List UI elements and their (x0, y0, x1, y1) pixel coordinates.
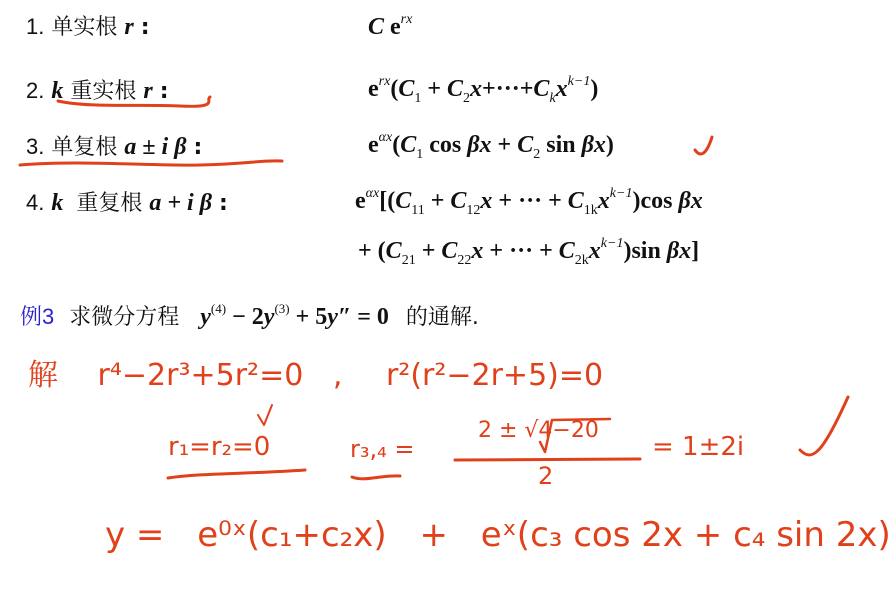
coef: C (398, 76, 414, 102)
rule-colon: : (194, 135, 203, 160)
rule-colon: : (219, 191, 228, 216)
coef: C (450, 188, 466, 214)
rule-4-label: 4. k 重复根 a + i β : (26, 186, 228, 217)
subscript: 2k (575, 253, 589, 268)
underline-roots-34 (352, 476, 400, 479)
arg: βx (467, 132, 491, 158)
coef-C: C (368, 14, 384, 40)
rule-4: 4. k 重复根 a + i β : eαx[(C11 + C12x + ···… (0, 180, 891, 280)
rule-name: 单复根 (51, 135, 117, 160)
coef: C (447, 76, 463, 102)
bracket: [( (379, 188, 395, 214)
solution-line-2: r₁=r₂=0 (168, 432, 270, 462)
var-y: y (200, 304, 211, 330)
var-x: x (556, 76, 568, 102)
arg: βx (667, 238, 691, 264)
subscript: 22 (457, 253, 471, 268)
solution-line-1: 解 r⁴−2r³+5r²=0 , r²(r²−2r+5)=0 (28, 350, 603, 394)
exponent: rx (401, 12, 413, 27)
coef: C (559, 238, 575, 264)
roots-34-label: r₃,₄ = (350, 435, 414, 463)
rule-index: 3. (26, 134, 44, 159)
rule-root: r (143, 78, 152, 104)
coef: C (395, 188, 411, 214)
fraction-bar (455, 459, 640, 460)
rule-2-formula: erx(C1 + C2x+···+Ckxk−1) (368, 74, 598, 107)
ellipsis: + ··· + (492, 188, 567, 214)
subscript: 1k (584, 203, 598, 218)
comma: , (333, 358, 343, 393)
rule-root: a ± i β (124, 134, 186, 160)
operator: + (427, 76, 441, 102)
characteristic-equation: r⁴−2r³+5r²=0 (98, 358, 304, 393)
operator: + ( (358, 238, 386, 264)
rule-colon: : (141, 15, 150, 40)
roots-12: r₁=r₂=0 (168, 432, 270, 462)
rule-index: 1. (26, 14, 44, 39)
rule-3-formula: eαx(C1 cos βx + C2 sin βx) (368, 130, 614, 163)
example-prompt: 求微分方程 (69, 305, 179, 330)
rule-root: r (124, 14, 133, 40)
operator: + (492, 132, 518, 158)
rule-name: 重复根 (76, 191, 142, 216)
fraction-denominator: 2 (538, 462, 553, 490)
var-y: y″ (327, 304, 351, 330)
small-tick (258, 405, 272, 425)
rule-name: 重实根 (70, 79, 136, 104)
rule-1: 1. 单实根 r : C erx (0, 4, 891, 44)
rule-3: 3. 单复根 a ± i β : eαx(C1 cos βx + C2 sin … (0, 124, 891, 164)
rule-root: a + i β (149, 190, 212, 216)
var-x: x (471, 238, 483, 264)
fn-cos: cos (640, 188, 678, 214)
bracket: ] (691, 238, 699, 264)
underline-roots-12 (168, 470, 305, 478)
var-y: y (264, 304, 275, 330)
subscript: 21 (402, 253, 416, 268)
rule-4-formula-line2: + (C21 + C22x + ··· + C2kxk−1)sin βx] (358, 236, 699, 269)
operator: + (425, 188, 451, 214)
subscript: 11 (411, 203, 424, 218)
exp-base: e (390, 14, 401, 40)
derivative-order: (4) (211, 301, 226, 316)
check-mark-solution (800, 397, 848, 455)
fn-cos: cos (423, 132, 467, 158)
exp-base: e (368, 132, 379, 158)
ellipsis: +···+ (482, 76, 533, 102)
subscript: 1 (414, 91, 421, 106)
coef: C (441, 238, 457, 264)
coef: C (533, 76, 549, 102)
subscript: 12 (466, 203, 480, 218)
ellipsis: + ··· + (483, 238, 558, 264)
factored-equation: r²(r²−2r+5)=0 (386, 358, 603, 393)
exponent: αx (379, 130, 393, 145)
operator: + (416, 238, 442, 264)
arg: βx (582, 132, 606, 158)
solution-line-3: y = e⁰ˣ(c₁+c₂x) + eˣ(c₃ cos 2x + c₄ sin … (105, 515, 891, 555)
exponent: k−1 (601, 236, 624, 251)
rule-index: 2. (26, 78, 44, 103)
rule-1-formula: C erx (368, 12, 412, 41)
arg: βx (678, 188, 702, 214)
operator: = 0 (351, 304, 389, 330)
derivative-order: (3) (274, 301, 289, 316)
coef: C (400, 132, 416, 158)
rule-1-label: 1. 单实根 r : (26, 10, 150, 41)
paren: ) (606, 132, 614, 158)
paren: ) (590, 76, 598, 102)
rule-colon: : (160, 79, 169, 104)
general-solution-lhs: y = (105, 515, 164, 555)
rule-name: 单实根 (51, 15, 117, 40)
complex-roots-result: = 1±2i (652, 432, 744, 462)
rule-index: 4. (26, 190, 44, 215)
operator: + 5 (290, 304, 328, 330)
rule-2-label: 2. k 重实根 r : (26, 74, 169, 105)
rule-multiplicity: k (51, 190, 63, 216)
solution-label: 解 (28, 358, 58, 393)
subscript: 2 (463, 91, 470, 106)
plus-sign: + (419, 515, 448, 555)
rule-2: 2. k 重实根 r : erx(C1 + C2x+···+Ckxk−1) (0, 68, 891, 108)
var-x: x (470, 76, 482, 102)
general-solution-term-2: eˣ(c₃ cos 2x + c₄ sin 2x) (481, 515, 891, 555)
var-x: x (480, 188, 492, 214)
exp-base: e (368, 76, 379, 102)
example-equation: y(4) − 2y(3) + 5y″ = 0 (200, 304, 389, 330)
coef: C (386, 238, 402, 264)
fraction-numerator: 2 ± √4−20 (478, 418, 599, 443)
example-3: 例3 求微分方程 y(4) − 2y(3) + 5y″ = 0 的通解. (20, 300, 479, 331)
example-label: 例3 (20, 304, 54, 329)
rule-4-formula-line1: eαx[(C11 + C12x + ··· + C1kxk−1)cos βx (355, 186, 703, 219)
coef: C (517, 132, 533, 158)
exp-base: e (355, 188, 366, 214)
var-x: x (598, 188, 610, 214)
coef: C (568, 188, 584, 214)
rule-3-label: 3. 单复根 a ± i β : (26, 130, 202, 161)
exponent: k−1 (610, 186, 633, 201)
operator: − 2 (226, 304, 264, 330)
fn-sin: sin (631, 238, 666, 264)
general-solution-term-1: e⁰ˣ(c₁+c₂x) (197, 515, 386, 555)
rule-multiplicity: k (51, 78, 63, 104)
exponent: rx (379, 74, 391, 89)
fn-sin: sin (540, 132, 581, 158)
exponent: αx (366, 186, 380, 201)
var-x: x (589, 238, 601, 264)
exponent: k−1 (568, 74, 591, 89)
example-suffix: 的通解. (406, 305, 479, 330)
